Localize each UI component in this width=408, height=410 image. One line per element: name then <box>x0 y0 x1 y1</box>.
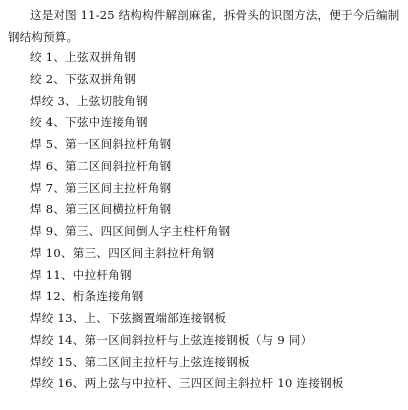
list-item: 绞 4、下弦中连接角钢 <box>30 112 344 134</box>
intro-paragraph: 这是对图 11-25 结构构件解剖麻雀，拆骨头的识图方法，便于今后编制钢结构预算… <box>8 4 402 48</box>
list-item: 焊绞 15、第二区间主拉杆与上弦连接钢板 <box>30 352 344 374</box>
document-page: 这是对图 11-25 结构构件解剖麻雀，拆骨头的识图方法，便于今后编制钢结构预算… <box>0 0 408 410</box>
list-item: 焊 8、第三区间横拉杆角钢 <box>30 199 344 221</box>
list-item: 绞 2、下弦双拼角钢 <box>30 69 344 91</box>
list-item: 焊 6、第二区间斜拉杆角钢 <box>30 156 344 178</box>
list-item: 焊绞 13、上、下弦搁置端部连接钢板 <box>30 308 344 330</box>
list-item: 焊 12、桁条连接角钢 <box>30 286 344 308</box>
component-list: 绞 1、上弦双拼角钢 绞 2、下弦双拼角钢 焊绞 3、上弦切肢角钢 绞 4、下弦… <box>30 47 344 395</box>
list-item: 焊 11、中拉杆角钢 <box>30 265 344 287</box>
list-item: 焊绞 3、上弦切肢角钢 <box>30 91 344 113</box>
list-item: 焊 9、第三、四区间倒人字主柱杆角钢 <box>30 221 344 243</box>
list-item: 焊 5、第一区间斜拉杆角钢 <box>30 134 344 156</box>
list-item: 焊绞 16、两上弦与中拉杆、三四区间主斜拉杆 10 连接钢板 <box>30 373 344 395</box>
list-item: 焊绞 14、第一区间斜拉杆与上弦连接钢板（与 9 同） <box>30 330 344 352</box>
list-item: 绞 1、上弦双拼角钢 <box>30 47 344 69</box>
list-item: 焊 7、第三区间主拉杆角钢 <box>30 178 344 200</box>
list-item: 焊 10、第三、四区间主斜拉杆角钢 <box>30 243 344 265</box>
